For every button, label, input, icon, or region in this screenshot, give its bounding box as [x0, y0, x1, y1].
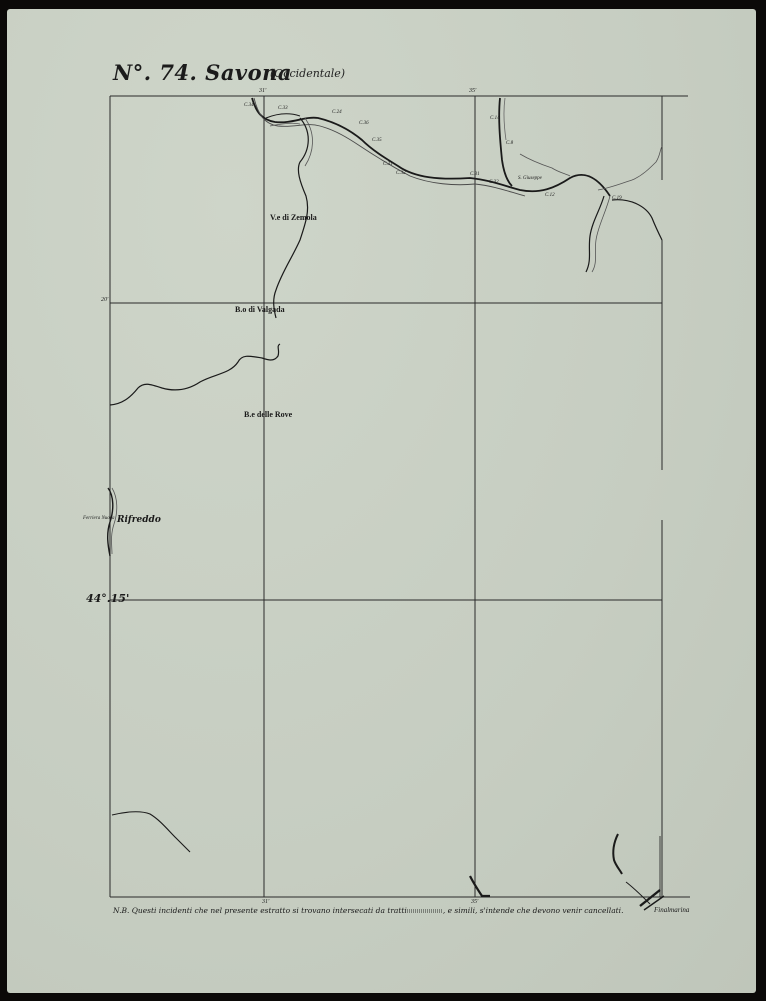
map-drawing: [0, 0, 766, 1001]
grid-label-44-15: 44°.15': [86, 592, 129, 605]
place-s-giuseppe: S. Giuseppe: [518, 176, 542, 181]
hatch-sample: [407, 909, 443, 913]
place-rove: B.e delle Rove: [244, 410, 292, 419]
grid-label-bottom-35: 35': [471, 899, 478, 905]
place-rifreddo: Rifreddo: [117, 515, 161, 525]
place-finalmarina: Finalmarina: [654, 906, 689, 914]
place-zemola: V.e di Zemola: [270, 213, 317, 222]
footnote: N.B. Questi incidenti che nel presente e…: [113, 906, 623, 915]
roads-rivers: [108, 98, 664, 910]
place-ferriera: Ferriera Nuova: [83, 516, 115, 521]
road-marker: C.34: [244, 103, 254, 108]
road-marker: C.19: [612, 196, 622, 201]
road-marker: C.8: [506, 141, 513, 146]
road-marker: C.32: [396, 171, 406, 176]
road-marker: C.35: [372, 138, 382, 143]
grid-label-top-31: 31': [259, 88, 266, 94]
map-subtitle: (Occidentale): [270, 67, 345, 80]
road-marker: C.32: [489, 180, 499, 185]
road-marker: C.12: [545, 193, 555, 198]
map-title: N°. 74. Savona: [113, 60, 292, 85]
road-marker: C.36: [359, 121, 369, 126]
road-marker: C.31: [470, 172, 480, 177]
road-marker: C.24: [332, 110, 342, 115]
road-marker: C.31: [383, 162, 393, 167]
grid-label-bottom-31: 31': [262, 899, 269, 905]
road-marker: C.14: [490, 116, 500, 121]
grid-label-top-35: 35': [469, 88, 476, 94]
road-marker: C.33: [278, 106, 288, 111]
footnote-prefix: N.B. Questi incidenti che nel presente e…: [113, 906, 407, 915]
grid-label-20: 20': [101, 297, 108, 303]
footnote-suffix: , e simili, s'intende che devono venir c…: [443, 906, 624, 915]
place-valgada: B.o di Valgada: [235, 305, 285, 314]
